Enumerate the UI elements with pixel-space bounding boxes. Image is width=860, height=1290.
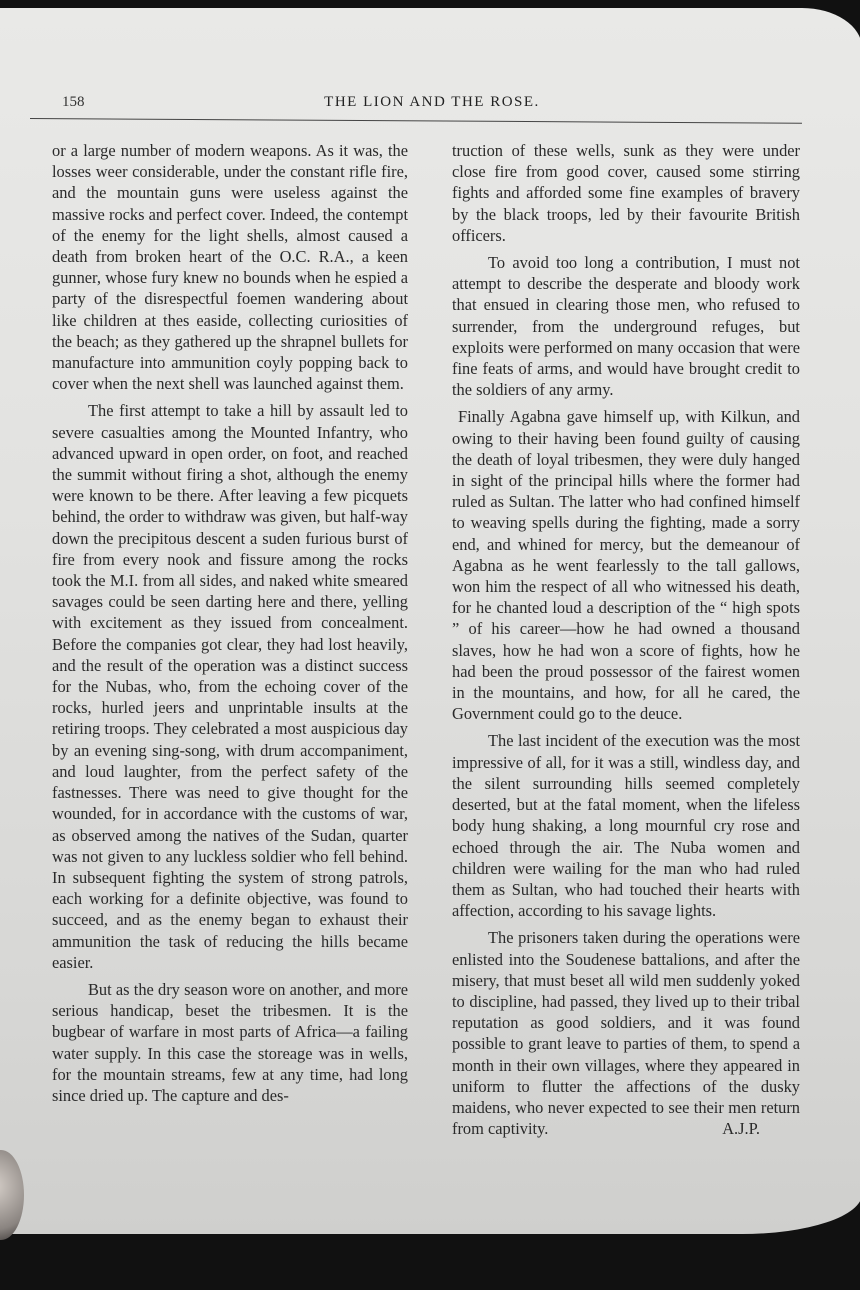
author-signature: A.J.P. xyxy=(686,1118,800,1139)
paragraph: But as the dry season wore on another, a… xyxy=(52,979,408,1106)
paragraph: Finally Agabna gave himself up, with Kil… xyxy=(452,406,800,724)
paragraph: The last incident of the execution was t… xyxy=(452,730,800,921)
paragraph-text: The prisoners taken during the operation… xyxy=(452,928,800,1138)
left-column: or a large number of modern weapons. As … xyxy=(52,140,408,1106)
right-column: truction of these wells, sunk as they we… xyxy=(452,140,800,1139)
paragraph: The first attempt to take a hill by assa… xyxy=(52,400,408,972)
running-title: THE LION AND THE ROSE. xyxy=(62,94,802,111)
paragraph: truction of these wells, sunk as they we… xyxy=(452,140,800,246)
paragraph: or a large number of modern weapons. As … xyxy=(52,140,408,394)
page-header: 158 THE LION AND THE ROSE. xyxy=(62,92,802,116)
paragraph-final: The prisoners taken during the operation… xyxy=(452,927,800,1139)
header-rule xyxy=(30,118,802,124)
paragraph: To avoid too long a contribution, I must… xyxy=(452,252,800,400)
book-page: 158 THE LION AND THE ROSE. or a large nu… xyxy=(0,8,860,1234)
